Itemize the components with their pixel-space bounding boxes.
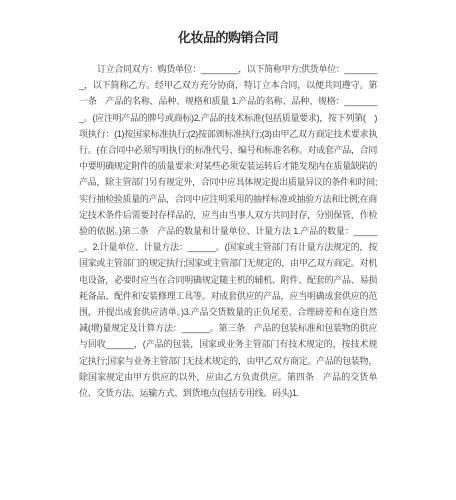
contract-body-paragraph: 订立合同双方：购货单位：________，以下简称甲方;供货单位：_______… [79,61,377,401]
contract-title: 化妆品的购销合同 [0,27,456,46]
document-page: 化妆品的购销合同 订立合同双方：购货单位：________，以下简称甲方;供货单… [0,0,456,500]
